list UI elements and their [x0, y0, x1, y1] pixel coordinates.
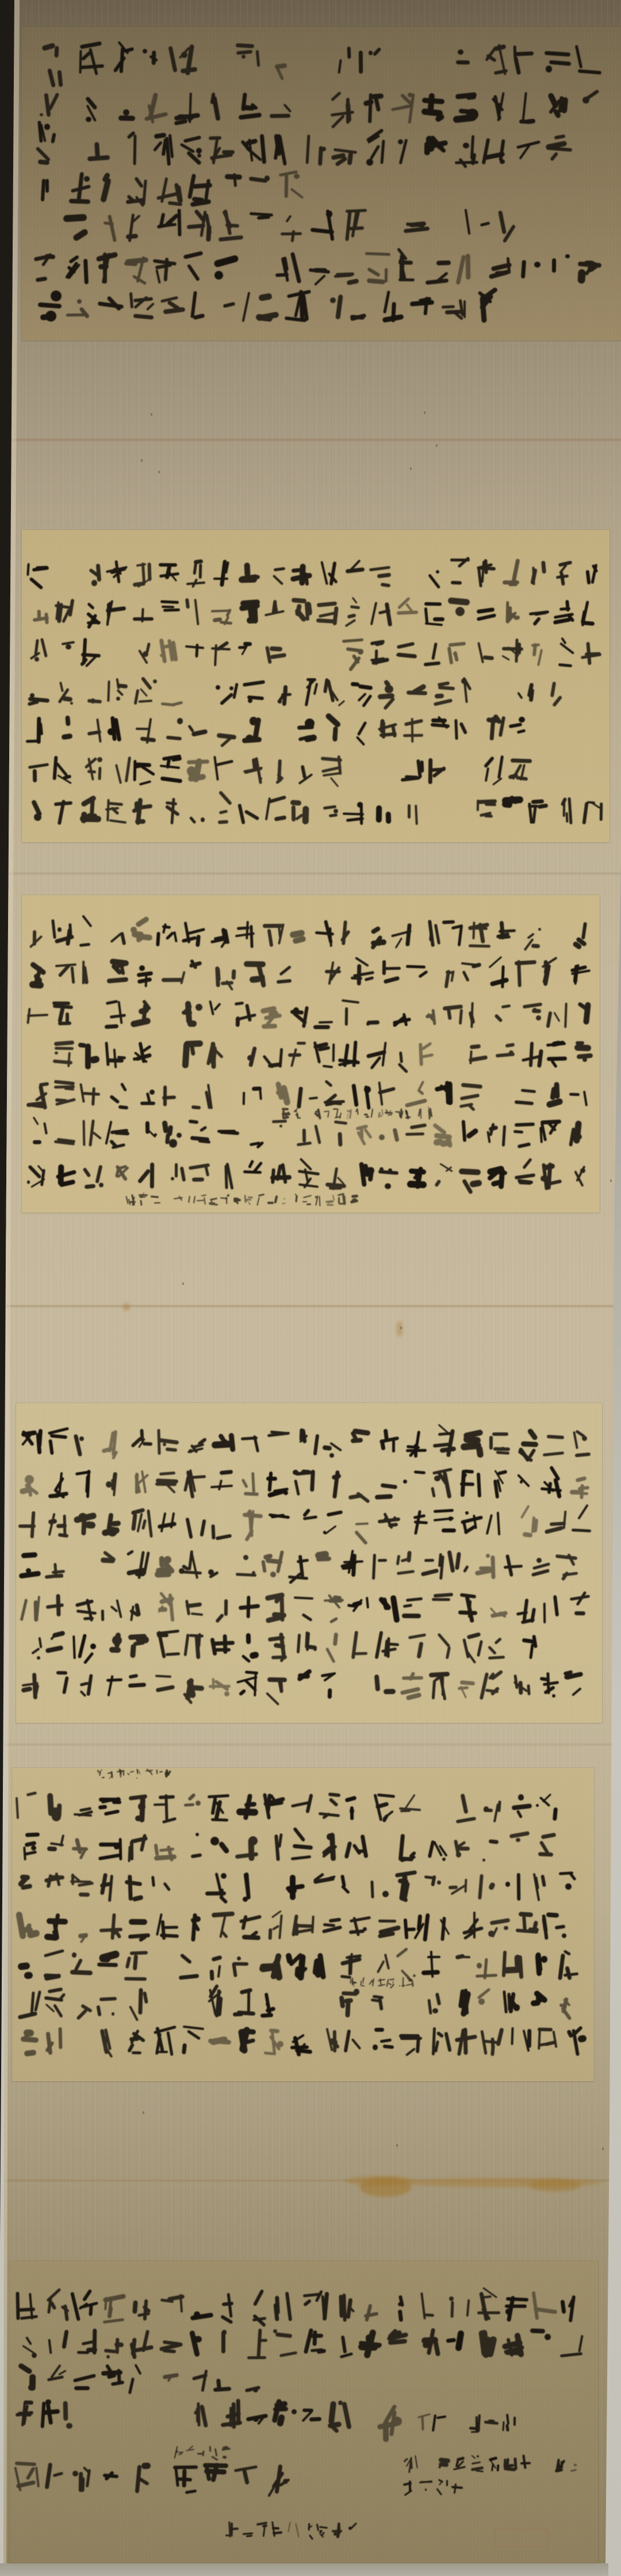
brush-stroke	[478, 1998, 485, 2005]
annotation-line	[97, 1769, 174, 1779]
brush-stroke	[379, 1436, 399, 1444]
brush-stroke	[47, 1847, 57, 1851]
brush-glyph	[326, 43, 354, 76]
brush-glyph	[337, 1194, 347, 1206]
brush-stroke	[329, 1453, 334, 1458]
brush-glyph	[372, 1671, 396, 1700]
brush-glyph	[397, 1977, 405, 1988]
brush-stroke	[390, 1595, 400, 1623]
brush-glyph	[186, 209, 213, 242]
brush-stroke	[466, 2299, 470, 2317]
brush-stroke	[546, 146, 572, 151]
brush-stroke	[201, 2369, 208, 2391]
brush-stroke	[546, 1011, 552, 1028]
brush-stroke	[219, 1470, 233, 1476]
brush-glyph	[351, 678, 374, 706]
brush-stroke	[51, 133, 56, 143]
brush-stroke	[26, 739, 38, 743]
brush-stroke	[333, 809, 338, 813]
brush-stroke	[244, 1195, 247, 1203]
brush-glyph	[289, 1793, 313, 1822]
brush-stroke	[218, 820, 228, 824]
brush-stroke	[279, 1681, 283, 1693]
brush-glyph	[302, 1194, 312, 1206]
brush-glyph	[273, 2399, 297, 2430]
brush-glyph	[475, 2291, 500, 2322]
brush-glyph	[290, 598, 313, 627]
brush-glyph	[156, 2365, 181, 2396]
brush-stroke	[549, 60, 572, 66]
brush-glyph	[134, 1081, 158, 1110]
brush-stroke	[133, 617, 154, 621]
brush-glyph	[33, 63, 64, 89]
brush-glyph	[364, 1000, 387, 1029]
brush-glyph	[378, 960, 401, 988]
brush-glyph	[188, 1161, 212, 1190]
brush-stroke	[118, 116, 135, 121]
brush-stroke	[145, 1769, 153, 1771]
brush-stroke	[285, 2292, 292, 2321]
brush-stroke	[478, 1874, 484, 1900]
brush-glyph	[52, 598, 75, 627]
brush-stroke	[56, 1671, 67, 1675]
brush-glyph	[80, 1161, 103, 1190]
brush-stroke	[327, 1112, 329, 1118]
brush-glyph	[469, 2455, 484, 2473]
brush-stroke	[162, 925, 171, 928]
brush-glyph	[244, 1194, 254, 1206]
brush-glyph	[316, 289, 343, 323]
brush-glyph	[322, 1428, 346, 1458]
brush-glyph	[453, 2027, 477, 2057]
brush-glyph	[389, 2291, 415, 2322]
brush-stroke	[518, 1182, 531, 1185]
brush-glyph	[134, 1161, 158, 1190]
brush-glyph	[16, 1832, 40, 1862]
brush-stroke	[26, 563, 29, 576]
brush-glyph	[567, 1081, 591, 1110]
brush-stroke	[87, 1674, 93, 1696]
brush-glyph	[544, 43, 572, 76]
brush-glyph	[191, 2399, 215, 2430]
brush-stroke	[78, 1634, 87, 1658]
brush-stroke	[137, 1168, 151, 1184]
brush-stroke	[456, 60, 470, 65]
brush-stroke	[144, 112, 168, 121]
brush-stroke	[370, 1109, 373, 1118]
brush-stroke	[431, 723, 450, 728]
brush-stroke	[27, 1180, 30, 1183]
brush-glyph	[402, 1469, 426, 1499]
brush-stroke	[229, 686, 233, 690]
text-line	[171, 2461, 326, 2494]
brush-glyph	[457, 1593, 481, 1623]
brush-glyph	[358, 1977, 367, 1988]
brush-glyph	[350, 1428, 374, 1458]
brush-stroke	[56, 1523, 67, 1528]
brush-glyph	[264, 43, 292, 76]
brush-stroke	[541, 1956, 548, 1963]
brush-stroke	[279, 965, 291, 976]
brush-stroke	[73, 2374, 97, 2383]
text-line	[34, 289, 503, 323]
brush-stroke	[267, 1202, 274, 1204]
brush-glyph	[405, 1119, 428, 1148]
brush-stroke	[243, 680, 266, 686]
brush-stroke	[402, 1614, 421, 1618]
brush-glyph	[474, 1988, 498, 2017]
brush-stroke	[541, 1833, 557, 1840]
brush-stroke	[418, 970, 428, 978]
brush-stroke	[269, 1928, 272, 1940]
brush-glyph	[208, 133, 235, 166]
brush-glyph	[369, 638, 392, 667]
brush-glyph	[359, 91, 386, 125]
brush-glyph	[347, 1469, 371, 1499]
brush-glyph	[26, 960, 49, 988]
brush-stroke	[71, 1874, 74, 1885]
brush-stroke	[90, 698, 95, 704]
brush-glyph	[180, 1832, 204, 1862]
brush-stroke	[342, 2401, 351, 2429]
brush-glyph	[43, 1872, 67, 1902]
brush-stroke	[534, 262, 540, 268]
brush-glyph	[210, 598, 233, 627]
brush-glyph	[324, 678, 347, 706]
brush-glyph	[494, 1041, 517, 1069]
brush-stroke	[316, 1556, 331, 1561]
brush-stroke	[284, 174, 288, 197]
brush-glyph	[312, 1000, 335, 1029]
brush-stroke	[488, 1645, 497, 1654]
brush-glyph	[52, 919, 75, 948]
brush-stroke	[365, 976, 374, 981]
brush-glyph	[44, 1832, 68, 1862]
brush-stroke	[351, 1438, 363, 1443]
brush-stroke	[96, 563, 102, 582]
brush-stroke	[182, 1010, 193, 1014]
brush-glyph	[240, 2521, 254, 2538]
brush-stroke	[20, 1874, 29, 1880]
brush-glyph	[286, 1951, 309, 1981]
brush-glyph	[366, 1988, 390, 2017]
brush-glyph	[481, 755, 505, 784]
brush-stroke	[98, 1853, 121, 1861]
brush-glyph	[390, 919, 413, 948]
brush-stroke	[209, 136, 221, 140]
brush-glyph	[294, 755, 317, 784]
brush-stroke	[130, 1771, 134, 1773]
brush-glyph	[158, 796, 181, 825]
brush-glyph	[215, 678, 239, 706]
brush-stroke	[511, 759, 532, 763]
text-line	[16, 1912, 570, 1941]
brush-glyph	[401, 716, 424, 744]
brush-stroke	[232, 1962, 248, 1966]
text-line	[18, 1550, 582, 1580]
brush-glyph	[364, 1041, 387, 1069]
brush-glyph	[182, 1041, 205, 1069]
brush-stroke	[223, 2448, 231, 2451]
brush-glyph	[390, 1000, 413, 1029]
brush-stroke	[128, 1772, 131, 1775]
brush-glyph	[92, 251, 118, 285]
brush-glyph	[130, 2328, 155, 2359]
brush-glyph	[182, 1593, 206, 1623]
brush-stroke	[45, 1645, 64, 1653]
brush-glyph	[134, 1119, 158, 1148]
brush-glyph	[73, 1630, 97, 1660]
brush-glyph	[484, 2414, 499, 2433]
brush-stroke	[186, 2449, 194, 2451]
brush-stroke	[234, 1001, 243, 1005]
brush-stroke	[66, 928, 72, 945]
brush-stroke	[156, 932, 160, 946]
brush-stroke	[432, 2008, 438, 2014]
brush-stroke	[99, 1997, 117, 2001]
brush-stroke	[212, 96, 221, 121]
brush-stroke	[494, 1637, 503, 1644]
brush-glyph	[395, 796, 418, 825]
brush-glyph	[394, 1550, 417, 1580]
brush-glyph	[350, 1509, 374, 1539]
text-line	[225, 2521, 362, 2538]
brush-stroke	[297, 1087, 303, 1109]
brush-stroke	[262, 1024, 277, 1029]
brush-stroke	[159, 1848, 174, 1852]
brush-glyph	[248, 172, 275, 205]
text-line	[16, 2291, 590, 2322]
brush-stroke	[177, 1133, 182, 1138]
brush-glyph	[182, 919, 205, 948]
brush-stroke	[274, 815, 286, 821]
brush-glyph	[180, 1793, 204, 1822]
brush-stroke	[496, 1451, 509, 1454]
brush-stroke	[582, 1436, 587, 1441]
brush-stroke	[183, 136, 202, 143]
brush-stroke	[292, 598, 306, 603]
brush-stroke	[23, 2401, 33, 2405]
brush-stroke	[555, 1554, 577, 1560]
brush-glyph	[501, 796, 524, 825]
brush-stroke	[388, 1114, 392, 1116]
brush-stroke	[574, 1453, 590, 1458]
brush-glyph	[428, 716, 451, 744]
brush-stroke	[232, 682, 238, 698]
brush-stroke	[508, 723, 522, 728]
brush-stroke	[136, 1778, 137, 1779]
brush-stroke	[90, 1644, 96, 1649]
brush-stroke	[519, 120, 532, 124]
brush-glyph	[398, 1793, 423, 1822]
brush-stroke	[132, 2300, 137, 2314]
brush-glyph	[63, 209, 90, 242]
brush-stroke	[392, 1128, 398, 1141]
brush-glyph	[204, 91, 231, 125]
brush-glyph	[351, 1081, 374, 1110]
text-line	[32, 209, 527, 242]
brush-glyph	[16, 2365, 41, 2396]
brush-glyph	[220, 1194, 231, 1206]
brush-glyph	[321, 1630, 346, 1660]
brush-stroke	[566, 812, 569, 823]
brush-glyph	[131, 2291, 156, 2322]
brush-stroke	[44, 124, 50, 129]
brush-glyph	[459, 1119, 482, 1148]
brush-glyph	[369, 796, 392, 825]
brush-stroke	[128, 1673, 138, 1679]
brush-stroke	[250, 212, 273, 216]
brush-stroke	[442, 1676, 444, 1696]
brush-stroke	[105, 1041, 110, 1065]
brush-glyph	[367, 1550, 390, 1580]
brush-glyph	[281, 1108, 290, 1119]
brush-glyph	[484, 133, 511, 166]
brush-glyph	[294, 1509, 318, 1539]
brush-stroke	[421, 1053, 434, 1058]
brush-stroke	[89, 1055, 100, 1064]
brush-glyph	[260, 1000, 283, 1029]
brush-glyph	[70, 1988, 94, 2017]
brush-glyph	[508, 1832, 532, 1862]
brush-stroke	[399, 1856, 413, 1861]
brush-glyph	[316, 559, 339, 587]
brush-stroke	[48, 1427, 69, 1435]
brush-glyph	[374, 1469, 398, 1499]
brush-glyph	[580, 598, 603, 627]
brush-stroke	[224, 1599, 228, 1616]
brush-glyph	[184, 559, 207, 587]
brush-stroke	[552, 2031, 557, 2048]
brush-glyph	[455, 251, 481, 285]
brush-glyph	[274, 2291, 300, 2322]
brush-stroke	[282, 1108, 289, 1110]
brush-glyph	[274, 251, 300, 285]
brush-glyph	[208, 919, 231, 948]
brush-stroke	[235, 1016, 239, 1027]
brush-glyph	[540, 1161, 563, 1190]
brush-glyph	[448, 559, 471, 587]
brush-stroke	[414, 1444, 417, 1458]
brush-glyph	[74, 2291, 99, 2322]
brush-glyph	[215, 1119, 239, 1148]
brush-glyph	[421, 638, 444, 667]
brush-stroke	[37, 159, 49, 165]
brush-glyph	[468, 1041, 491, 1069]
brush-glyph	[354, 1108, 363, 1119]
brush-stroke	[559, 572, 565, 586]
brush-glyph	[205, 1951, 228, 1981]
brush-glyph	[447, 1988, 471, 2017]
brush-glyph	[242, 1081, 266, 1110]
brush-stroke	[488, 2419, 495, 2424]
brush-stroke	[133, 1955, 138, 1970]
brush-stroke	[239, 1988, 252, 1994]
brush-glyph	[184, 598, 207, 627]
brush-glyph	[443, 2328, 469, 2359]
brush-glyph	[369, 559, 392, 587]
brush-stroke	[44, 612, 49, 624]
brush-glyph	[543, 1912, 567, 1941]
brush-stroke	[560, 2352, 582, 2357]
brush-glyph	[324, 960, 347, 988]
brush-glyph	[513, 91, 540, 125]
brush-glyph	[213, 251, 239, 285]
brush-glyph	[262, 1793, 286, 1822]
brush-glyph	[393, 1872, 417, 1902]
brush-stroke	[47, 68, 55, 87]
brush-stroke	[545, 2334, 551, 2340]
brush-stroke	[145, 1121, 149, 1134]
brush-stroke	[570, 1490, 581, 1495]
brush-stroke	[509, 1050, 514, 1056]
brush-glyph	[395, 598, 418, 627]
brush-glyph	[16, 1872, 40, 1902]
brush-stroke	[48, 93, 59, 111]
brush-glyph	[101, 1630, 125, 1660]
brush-stroke	[279, 1125, 282, 1128]
brush-stroke	[126, 1550, 133, 1556]
brush-glyph	[237, 1593, 262, 1623]
brush-stroke	[497, 1512, 500, 1535]
brush-glyph	[570, 1428, 595, 1458]
brush-glyph	[416, 2414, 431, 2433]
brush-stroke	[66, 2423, 72, 2429]
brush-stroke	[384, 1688, 396, 1694]
brush-stroke	[62, 1676, 68, 1694]
brush-glyph	[338, 1041, 361, 1069]
brush-stroke	[328, 2401, 337, 2424]
brush-stroke	[167, 1125, 173, 1136]
brush-stroke	[77, 2351, 89, 2354]
brush-stroke	[489, 1839, 499, 1844]
brush-stroke	[255, 314, 273, 323]
brush-stroke	[298, 1183, 319, 1188]
brush-glyph	[44, 2365, 69, 2396]
brush-stroke	[469, 1179, 482, 1187]
brush-glyph	[266, 91, 293, 125]
text-line	[26, 1161, 594, 1190]
brush-stroke	[77, 299, 82, 304]
brush-glyph	[45, 1469, 70, 1499]
brush-stroke	[44, 1950, 64, 1958]
brush-glyph	[294, 716, 317, 744]
brush-stroke	[437, 1633, 450, 1648]
brush-stroke	[103, 253, 107, 284]
brush-stroke	[109, 1647, 121, 1653]
brush-glyph	[237, 638, 260, 667]
brush-stroke	[332, 1470, 339, 1498]
brush-glyph	[151, 1872, 174, 1902]
brush-stroke	[157, 1522, 177, 1529]
brush-stroke	[522, 1531, 532, 1537]
brush-stroke	[242, 2468, 250, 2485]
brush-glyph	[465, 209, 492, 242]
brush-stroke	[396, 1554, 400, 1565]
brush-stroke	[338, 1197, 340, 1203]
brush-stroke	[87, 621, 101, 624]
brush-stroke	[215, 1613, 224, 1623]
brush-stroke	[344, 1841, 352, 1859]
brush-stroke	[154, 1133, 157, 1136]
brush-glyph	[575, 91, 602, 125]
brush-stroke	[348, 2527, 352, 2530]
brush-stroke	[160, 765, 180, 770]
brush-stroke	[151, 51, 155, 65]
text-line	[18, 1593, 594, 1623]
brush-glyph	[236, 1671, 260, 1700]
brush-glyph	[102, 2291, 128, 2322]
